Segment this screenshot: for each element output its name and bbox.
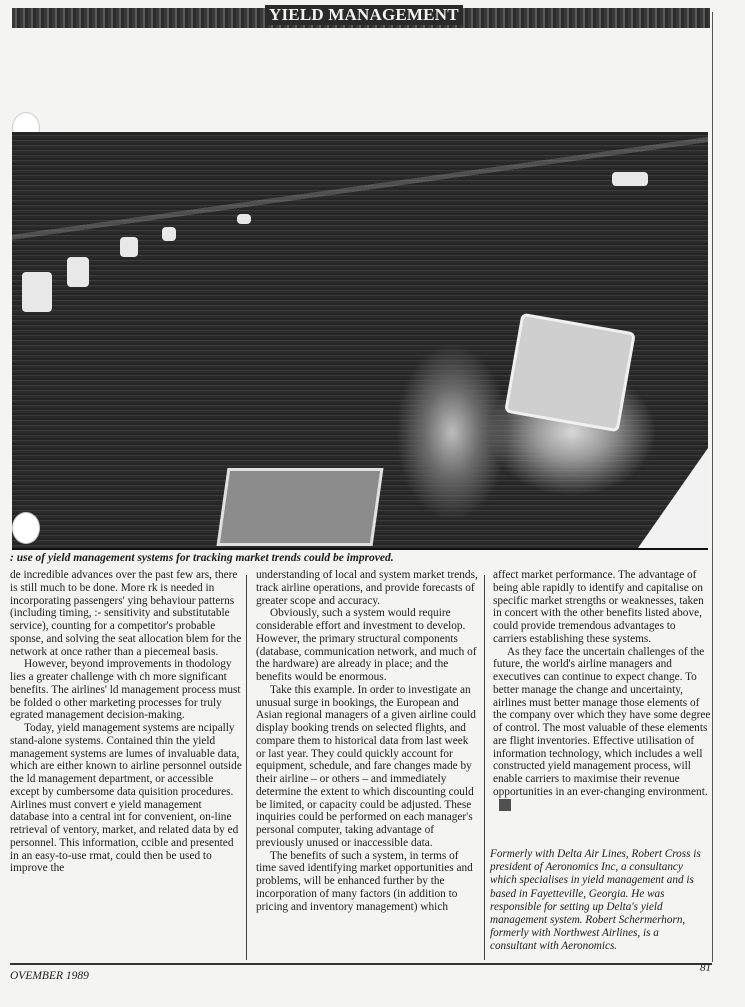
paragraph: Today, yield management systems are ncip… [10,722,242,875]
end-of-article-icon [499,799,511,811]
issue-date: OVEMBER 1989 [10,970,89,982]
photo-screen-highlight [504,313,636,433]
article-column-2: understanding of local and system market… [256,569,480,913]
author-bio: Formerly with Delta Air Lines, Robert Cr… [490,848,705,954]
paragraph: As they face the uncertain challenges of… [493,646,711,812]
punch-hole-bottom [12,512,40,544]
article-photo [12,132,708,550]
page-edge-rule [712,12,713,962]
column-divider [246,575,247,960]
paragraph: However, beyond improvements in thodolog… [10,658,242,722]
photo-terminal [217,468,384,546]
paragraph: The benefits of such a system, in terms … [256,850,480,914]
section-title: YIELD MANAGEMENT [265,5,463,25]
article-column-1: de incredible advances over the past few… [10,569,242,875]
paragraph: Take this example. In order to investiga… [256,684,480,850]
article-column-3: affect market performance. The advantage… [493,569,711,811]
paragraph-text: As they face the uncertain challenges of… [493,646,710,798]
paragraph: understanding of local and system market… [256,569,480,607]
column-divider [484,575,485,960]
photo-caption: : use of yield management systems for tr… [10,552,394,564]
paragraph: Obviously, such a system would require c… [256,607,480,684]
footer-rule [10,963,712,965]
paragraph: affect market performance. The advantage… [493,569,711,646]
page-number: 81 [700,962,711,974]
paragraph: de incredible advances over the past few… [10,569,242,658]
